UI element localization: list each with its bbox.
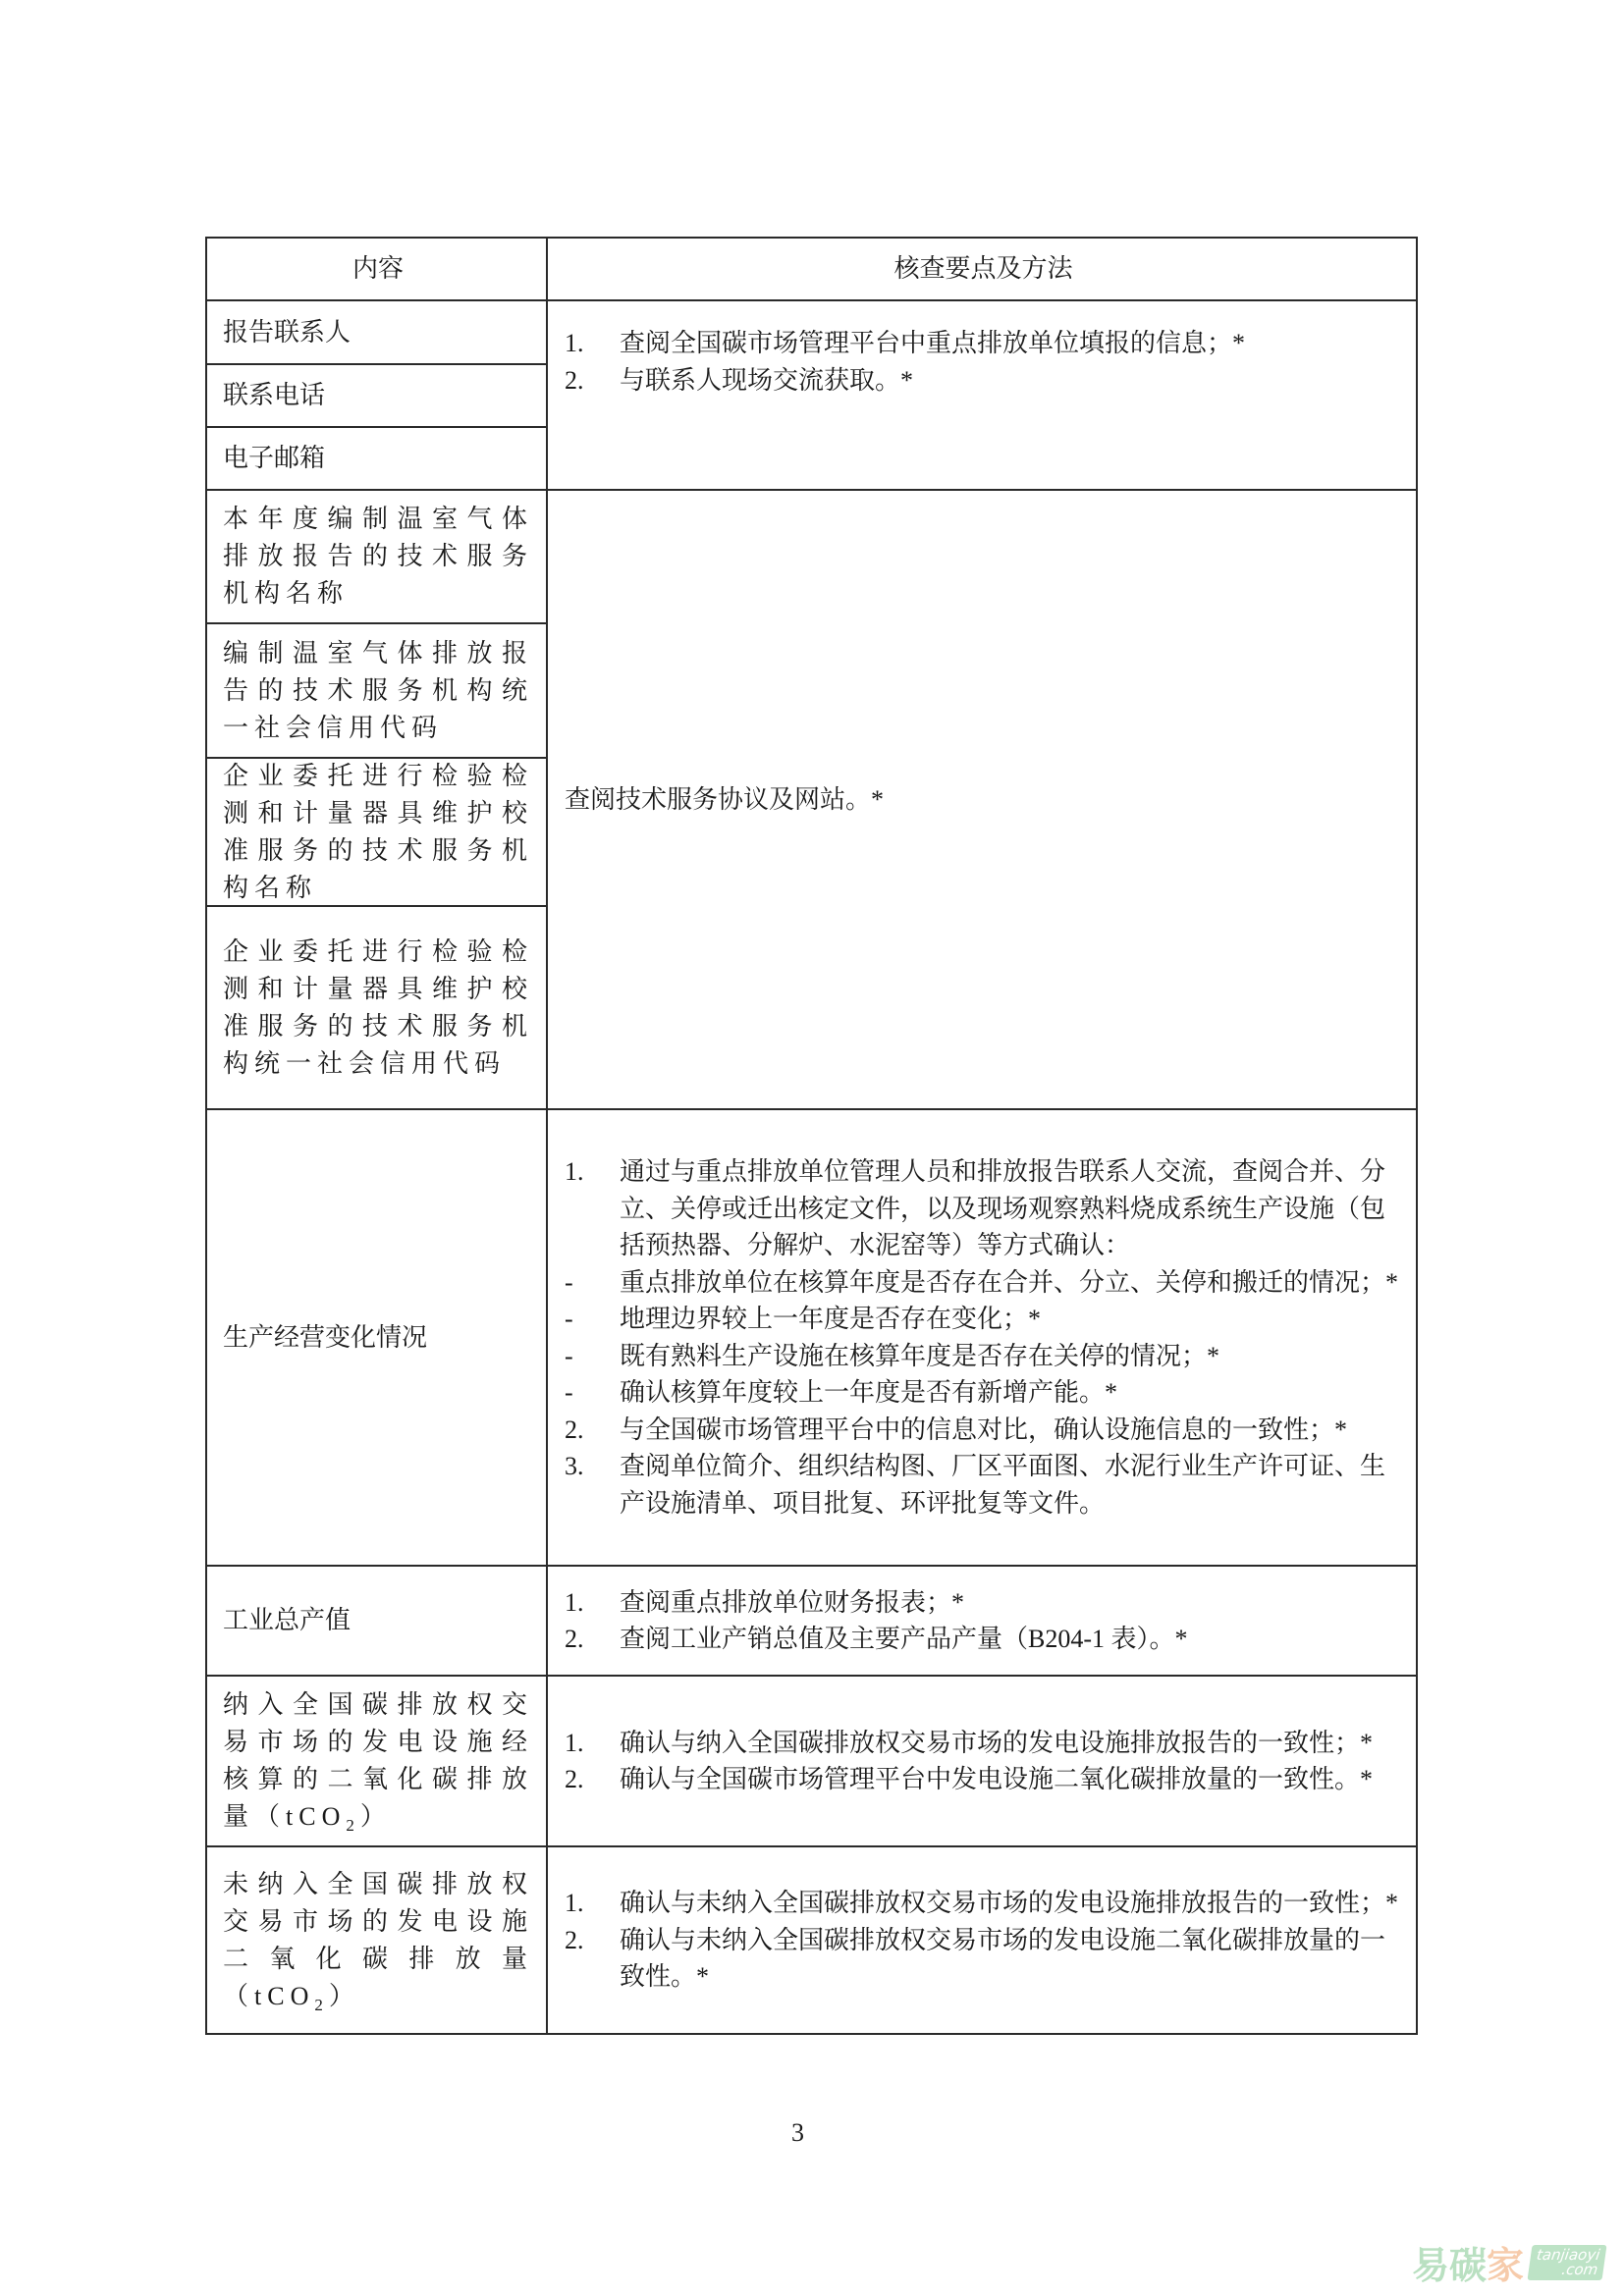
list-item: 1.确认与未纳入全国碳排放权交易市场的发电设施排放报告的一致性；* [565,1885,1402,1922]
row-agency-code: 编制温室气体排放报告的技术服务机构统一社会信用代码 [207,624,547,757]
row-calibration-agency-code: 企业委托进行检验检测和计量器具维护校准服务的技术服务机构统一社会信用代码 [207,907,547,1108]
row-agency-name: 本年度编制温室气体排放报告的技术服务机构名称 [207,491,547,622]
list-marker: 1. [565,1153,620,1264]
list-item: 1.通过与重点排放单位管理人员和排放报告联系人交流，查阅合并、分立、关停或迁出核… [565,1153,1402,1264]
included-methods-cell: 1.确认与纳入全国碳排放权交易市场的发电设施排放报告的一致性；* 2.确认与全国… [549,1677,1416,1845]
table-border-right [1416,237,1418,2035]
production-methods-cell: 1.通过与重点排放单位管理人员和排放报告联系人交流，查阅合并、分立、关停或迁出核… [549,1110,1416,1565]
list-text: 确认与纳入全国碳排放权交易市场的发电设施排放报告的一致性；* [620,1725,1402,1762]
list-marker: 1. [565,1885,620,1922]
cell-label: 编制温室气体排放报告的技术服务机构统一社会信用代码 [223,635,533,747]
list-text: 通过与重点排放单位管理人员和排放报告联系人交流，查阅合并、分立、关停或迁出核定文… [620,1153,1402,1264]
table-border-bottom [205,2033,1418,2035]
subscript: 2 [314,1996,329,2014]
subscript: 2 [346,1816,360,1835]
row-calibration-agency-name: 企业委托进行检验检测和计量器具维护校准服务的技术服务机构名称 [207,759,547,905]
list-item: 1.确认与纳入全国碳排放权交易市场的发电设施排放报告的一致性；* [565,1725,1402,1762]
list-marker: - [565,1301,620,1338]
row-included-emissions: 纳入全国碳排放权交易市场的发电设施经核算的二氧化碳排放量（tCO2） [207,1677,547,1845]
header-method-label: 核查要点及方法 [893,250,1072,288]
list-marker: 2. [565,362,620,400]
list-item: 1.查阅全国碳市场管理平台中重点排放单位填报的信息；* [565,325,1402,362]
list-text: 查阅单位简介、组织结构图、厂区平面图、水泥行业生产许可证、生产设施清单、项目批复… [620,1448,1402,1522]
list-item: 1.查阅重点排放单位财务报表；* [565,1584,1402,1622]
list-text: 确认与未纳入全国碳排放权交易市场的发电设施排放报告的一致性；* [620,1885,1402,1922]
list-marker: 2. [565,1412,620,1449]
list-marker: - [565,1264,620,1302]
header-content: 内容 [207,239,547,299]
list-text: 与全国碳市场管理平台中的信息对比，确认设施信息的一致性；* [620,1412,1402,1449]
list-marker: 1. [565,1584,620,1622]
list-text: 确认与未纳入全国碳排放权交易市场的发电设施二氧化碳排放量的一致性。* [620,1922,1402,1996]
list-item: -地理边界较上一年度是否存在变化；* [565,1301,1402,1338]
cell-label: 企业委托进行检验检测和计量器具维护校准服务的技术服务机构名称 [223,758,533,907]
contact-methods-cell: 1.查阅全国碳市场管理平台中重点排放单位填报的信息；* 2.与联系人现场交流获取… [549,301,1416,489]
cell-label: 纳入全国碳排放权交易市场的发电设施经核算的二氧化碳排放量（tCO2） [223,1686,533,1836]
list-item: 2.与联系人现场交流获取。* [565,362,1402,400]
list-text: 重点排放单位在核算年度是否存在合并、分立、关停和搬迁的情况；* [620,1264,1402,1302]
excluded-methods-list: 1.确认与未纳入全国碳排放权交易市场的发电设施排放报告的一致性；* 2.确认与未… [565,1885,1402,1996]
label-text: ） [360,1802,392,1831]
cell-label: 生产经营变化情况 [223,1319,427,1357]
list-text: 确认核算年度较上一年度是否有新增产能。* [620,1374,1402,1412]
list-marker: 2. [565,1761,620,1798]
list-marker: - [565,1338,620,1375]
list-marker: 2. [565,1621,620,1658]
row-production-change: 生产经营变化情况 [207,1110,547,1565]
header-method: 核查要点及方法 [549,239,1416,299]
production-methods-list: 1.通过与重点排放单位管理人员和排放报告联系人交流，查阅合并、分立、关停或迁出核… [565,1153,1402,1522]
list-item: 2.查阅工业产销总值及主要产品产量（B204-1 表）。* [565,1621,1402,1658]
list-item: 2.与全国碳市场管理平台中的信息对比，确认设施信息的一致性；* [565,1412,1402,1449]
list-item: 2.确认与未纳入全国碳排放权交易市场的发电设施二氧化碳排放量的一致性。* [565,1922,1402,1996]
list-item: 2.确认与全国碳市场管理平台中发电设施二氧化碳排放量的一致性。* [565,1761,1402,1798]
included-methods-list: 1.确认与纳入全国碳排放权交易市场的发电设施排放报告的一致性；* 2.确认与全国… [565,1725,1402,1798]
list-marker: 1. [565,1725,620,1762]
row-industrial-output: 工业总产值 [207,1567,547,1675]
contact-methods-list: 1.查阅全国碳市场管理平台中重点排放单位填报的信息；* 2.与联系人现场交流获取… [565,325,1402,399]
output-methods-cell: 1.查阅重点排放单位财务报表；* 2.查阅工业产销总值及主要产品产量（B204-… [549,1567,1416,1675]
cell-label: 未纳入全国碳排放权交易市场的发电设施二氧化碳排放量（tCO2） [223,1866,533,2015]
list-item: 3.查阅单位简介、组织结构图、厂区平面图、水泥行业生产许可证、生产设施清单、项目… [565,1448,1402,1522]
list-text: 确认与全国碳市场管理平台中发电设施二氧化碳排放量的一致性。* [620,1761,1402,1798]
list-item: -既有熟料生产设施在核算年度是否存在关停的情况；* [565,1338,1402,1375]
label-text: 未纳入全国碳排放权交易市场的发电设施二氧化碳排放量（tCO [223,1870,533,2010]
watermark-logo: 易碳家 tanjiaoyi .com [1412,2240,1604,2284]
watermark-badge: tanjiaoyi .com [1528,2245,1607,2280]
list-marker: 3. [565,1448,620,1522]
row-contact-phone: 联系电话 [207,365,547,426]
list-text: 地理边界较上一年度是否存在变化；* [620,1301,1402,1338]
output-methods-list: 1.查阅重点排放单位财务报表；* 2.查阅工业产销总值及主要产品产量（B204-… [565,1584,1402,1658]
cell-label: 企业委托进行检验检测和计量器具维护校准服务的技术服务机构统一社会信用代码 [223,934,533,1083]
watermark-text-orange: 家 [1487,2235,1524,2289]
list-marker: - [565,1374,620,1412]
cell-label: 工业总产值 [223,1602,351,1639]
cell-label: 电子邮箱 [223,440,325,477]
row-contact-email: 电子邮箱 [207,428,547,489]
verification-table: 内容 核查要点及方法 报告联系人 联系电话 电子邮箱 1.查阅全国碳市场管理平台… [205,237,1418,2034]
cell-label: 联系电话 [223,377,325,414]
label-text: ） [329,1982,360,2010]
excluded-methods-cell: 1.确认与未纳入全国碳排放权交易市场的发电设施排放报告的一致性；* 2.确认与未… [549,1847,1416,2033]
list-text: 查阅重点排放单位财务报表；* [620,1584,1402,1622]
row-excluded-emissions: 未纳入全国碳排放权交易市场的发电设施二氧化碳排放量（tCO2） [207,1847,547,2033]
list-item: -重点排放单位在核算年度是否存在合并、分立、关停和搬迁的情况；* [565,1264,1402,1302]
header-content-label: 内容 [352,250,404,288]
list-marker: 1. [565,325,620,362]
cell-text: 查阅技术服务协议及网站。* [565,781,884,819]
row-contact-person: 报告联系人 [207,301,547,363]
page-number: 3 [791,2118,804,2148]
list-text: 查阅全国碳市场管理平台中重点排放单位填报的信息；* [620,325,1402,362]
list-text: 既有熟料生产设施在核算年度是否存在关停的情况；* [620,1338,1402,1375]
agency-method-cell: 查阅技术服务协议及网站。* [549,491,1416,1108]
cell-label: 本年度编制温室气体排放报告的技术服务机构名称 [223,501,533,613]
list-marker: 2. [565,1922,620,1996]
watermark-badge-line2: .com [1534,2263,1598,2277]
list-text: 查阅工业产销总值及主要产品产量（B204-1 表）。* [620,1621,1402,1658]
list-item: -确认核算年度较上一年度是否有新增产能。* [565,1374,1402,1412]
list-text: 与联系人现场交流获取。* [620,362,1402,400]
watermark-text-green: 易碳 [1412,2235,1487,2289]
cell-label: 报告联系人 [223,314,351,351]
